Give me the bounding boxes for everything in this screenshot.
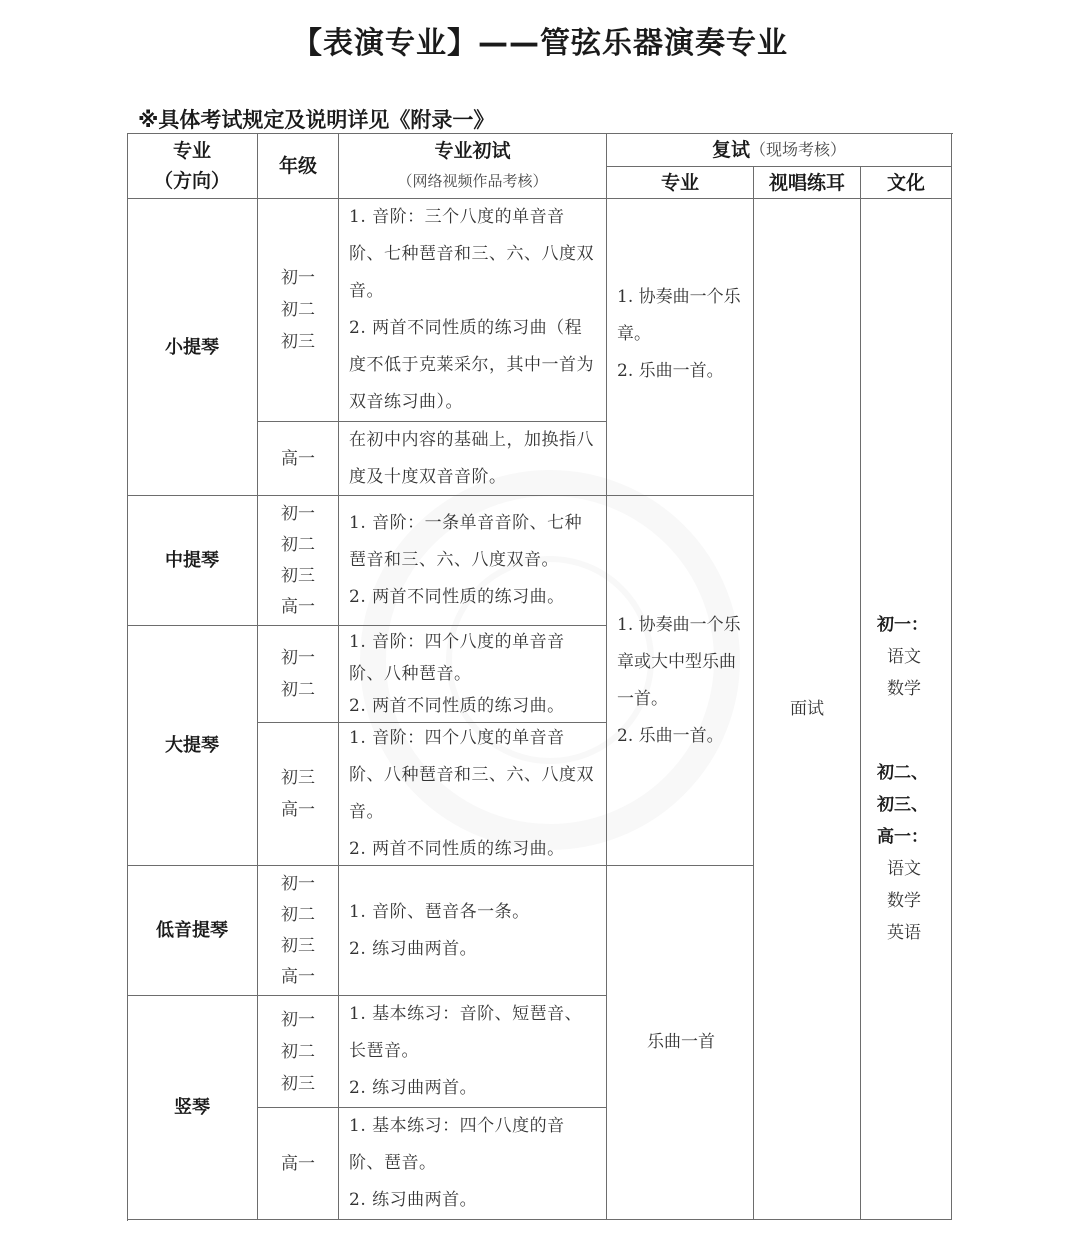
header-retest-solfege: 视唱练耳 — [754, 167, 861, 199]
retest-culture: 初一： 语文 数学 初二、 初三、 高一： 语文 数学 英语 — [861, 199, 952, 1220]
prelim-content: 1. 基本练习：音阶、短琶音、长琶音。 2. 练习曲两首。 — [339, 996, 607, 1108]
retest-solfege: 面试 — [754, 199, 861, 1220]
prelim-content: 1. 基本练习：四个八度的音阶、琶音。 2. 练习曲两首。 — [339, 1108, 607, 1220]
culture-group-label: 初二、 — [877, 757, 928, 789]
grade-cell: 高一 — [258, 422, 339, 496]
header-prelim-subtitle: （网络视频作品考核） — [397, 166, 547, 196]
major-harp: 竖琴 — [127, 996, 258, 1220]
header-retest-culture-label: 文化 — [887, 168, 925, 198]
culture-subject: 数学 — [887, 673, 921, 705]
major-label: 大提琴 — [165, 727, 219, 764]
retest-item: 2. 乐曲一首。 — [617, 718, 745, 755]
culture-group-label: 高一： — [877, 821, 928, 853]
major-label: 小提琴 — [165, 329, 219, 366]
content-item: 1. 基本练习：四个八度的音阶、琶音。 — [349, 1108, 598, 1182]
header-retest: 复试 （现场考核） — [607, 133, 952, 167]
content-item: 2. 练习曲两首。 — [349, 931, 598, 968]
grade-label: 初二 — [281, 1036, 315, 1068]
grade-cell: 初一 初二 初三 — [258, 996, 339, 1108]
header-prelim: 专业初试 （网络视频作品考核） — [339, 133, 607, 199]
header-retest-culture: 文化 — [861, 167, 952, 199]
grade-label: 初三 — [281, 1068, 315, 1100]
header-grade: 年级 — [258, 133, 339, 199]
grade-label: 高一 — [281, 794, 315, 826]
header-major: 专业 （方向） — [127, 133, 258, 199]
grade-cell: 初三 高一 — [258, 723, 339, 866]
prelim-content: 在初中内容的基础上，加换指八度及十度双音音阶。 — [339, 422, 607, 496]
header-retest-subtitle: （现场考核） — [750, 135, 846, 165]
major-viola: 中提琴 — [127, 496, 258, 626]
content-item: 1. 音阶：四个八度的单音音阶、八种琶音。 — [349, 626, 598, 690]
grade-cell: 初一 初二 初三 高一 — [258, 866, 339, 996]
prelim-content: 1. 音阶：三个八度的单音音阶、七种琶音和三、六、八度双音。 2. 两首不同性质… — [339, 199, 607, 422]
prelim-content: 1. 音阶：四个八度的单音音阶、八种琶音。 2. 两首不同性质的练习曲。 — [339, 626, 607, 723]
grade-label: 高一 — [281, 443, 315, 475]
culture-group-label: 初三、 — [877, 789, 928, 821]
content-item: 1. 基本练习：音阶、短琶音、长琶音。 — [349, 996, 598, 1070]
solfege-value: 面试 — [790, 691, 824, 728]
header-retest-title: 复试 — [712, 135, 750, 165]
grade-label: 初三 — [281, 762, 315, 794]
content-item: 1. 音阶、琶音各一条。 — [349, 894, 598, 931]
grade-cell: 初一 初二 — [258, 626, 339, 723]
header-retest-solfege-label: 视唱练耳 — [769, 168, 845, 198]
culture-subject: 语文 — [887, 853, 921, 885]
retest-major-violin: 1. 协奏曲一个乐章。 2. 乐曲一首。 — [607, 199, 754, 496]
header-major-label: 专业 — [173, 136, 211, 166]
grade-label: 初二 — [281, 674, 315, 706]
content-item: 在初中内容的基础上，加换指八度及十度双音音阶。 — [349, 422, 598, 496]
major-double-bass: 低音提琴 — [127, 866, 258, 996]
retest-item: 2. 乐曲一首。 — [617, 353, 745, 390]
major-cello: 大提琴 — [127, 626, 258, 866]
page-title: 【表演专业】——管弦乐器演奏专业 — [0, 18, 1080, 62]
major-violin: 小提琴 — [127, 199, 258, 496]
content-item: 1. 音阶：四个八度的单音音阶、八种琶音和三、六、八度双音。 — [349, 720, 598, 831]
grade-label: 初一 — [281, 1004, 315, 1036]
retest-item: 1. 协奏曲一个乐章或大中型乐曲一首。 — [617, 607, 745, 718]
grade-label: 高一 — [281, 962, 315, 993]
prelim-content: 1. 音阶：一条单音音阶、七种琶音和三、六、八度双音。 2. 两首不同性质的练习… — [339, 496, 607, 626]
culture-subject: 英语 — [887, 917, 921, 949]
grade-label: 高一 — [281, 1148, 315, 1180]
content-item: 2. 两首不同性质的练习曲（程度不低于克莱采尔，其中一首为双音练习曲）。 — [349, 310, 598, 421]
content-item: 2. 练习曲两首。 — [349, 1182, 598, 1219]
grade-cell: 初一 初二 初三 高一 — [258, 496, 339, 626]
grade-label: 初三 — [281, 931, 315, 962]
header-retest-major: 专业 — [607, 167, 754, 199]
prelim-content: 1. 音阶：四个八度的单音音阶、八种琶音和三、六、八度双音。 2. 两首不同性质… — [339, 723, 607, 866]
major-label: 中提琴 — [165, 542, 219, 579]
content-item: 1. 音阶：一条单音音阶、七种琶音和三、六、八度双音。 — [349, 505, 598, 579]
grade-label: 初二 — [281, 530, 315, 561]
header-retest-major-label: 专业 — [661, 168, 699, 198]
grade-label: 初三 — [281, 561, 315, 592]
grade-label: 高一 — [281, 592, 315, 623]
retest-major-bass-harp: 乐曲一首 — [607, 866, 754, 1220]
culture-group-label: 初一： — [877, 609, 928, 641]
header-grade-label: 年级 — [279, 151, 317, 181]
grade-label: 初二 — [281, 294, 315, 326]
major-label: 低音提琴 — [156, 912, 228, 949]
header-major-direction: （方向） — [154, 166, 230, 196]
major-label: 竖琴 — [174, 1089, 210, 1126]
grade-cell: 高一 — [258, 1108, 339, 1220]
retest-item: 1. 协奏曲一个乐章。 — [617, 279, 745, 353]
content-item: 2. 练习曲两首。 — [349, 1070, 598, 1107]
retest-item: 乐曲一首 — [647, 1024, 715, 1061]
grade-label: 初二 — [281, 900, 315, 931]
retest-major-viola-cello: 1. 协奏曲一个乐章或大中型乐曲一首。 2. 乐曲一首。 — [607, 496, 754, 866]
grade-label: 初一 — [281, 869, 315, 900]
grade-label: 初一 — [281, 262, 315, 294]
grade-label: 初三 — [281, 326, 315, 358]
culture-subject: 语文 — [887, 641, 921, 673]
header-prelim-title: 专业初试 — [434, 136, 510, 166]
content-item: 2. 两首不同性质的练习曲。 — [349, 831, 598, 868]
prelim-content: 1. 音阶、琶音各一条。 2. 练习曲两首。 — [339, 866, 607, 996]
culture-subject: 数学 — [887, 885, 921, 917]
content-item: 1. 音阶：三个八度的单音音阶、七种琶音和三、六、八度双音。 — [349, 199, 598, 310]
content-item: 2. 两首不同性质的练习曲。 — [349, 690, 598, 722]
content-item: 2. 两首不同性质的练习曲。 — [349, 579, 598, 616]
grade-label: 初一 — [281, 642, 315, 674]
grade-label: 初一 — [281, 499, 315, 530]
grade-cell: 初一 初二 初三 — [258, 199, 339, 422]
appendix-note: ※具体考试规定及说明详见《附录一》 — [138, 104, 494, 134]
